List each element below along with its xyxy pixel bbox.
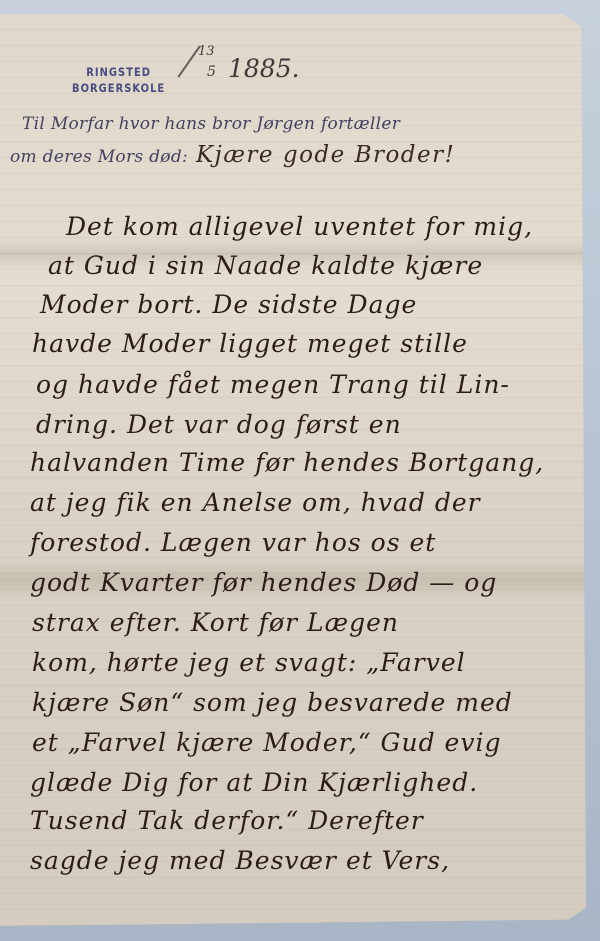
annotation-line-1: Til Morfar hvor hans bror Jørgen fortæll… — [22, 114, 400, 134]
body-line-11: strax efter. Kort før Lægen — [32, 608, 399, 637]
body-line-5: og havde fået megen Trang til Lin- — [36, 370, 510, 399]
body-line-14: et „Farvel kjære Moder,“ Gud evig — [32, 728, 501, 757]
body-line-1: Det kom alligevel uventet for mig, — [66, 212, 533, 241]
date-month: 5 — [207, 64, 216, 80]
body-line-9: forestod. Lægen var hos os et — [30, 528, 436, 557]
body-line-8: at jeg fik en Anelse om, hvad der — [30, 488, 481, 517]
body-line-13: kjære Søn“ som jeg besvarede med — [32, 688, 513, 717]
body-line-4: havde Moder ligget meget stille — [32, 329, 468, 358]
body-line-6: dring. Det var dog først en — [36, 410, 402, 439]
stamp-line-2: BORGERSKOLE — [72, 80, 165, 96]
body-line-10: godt Kvarter før hendes Død — og — [30, 568, 497, 597]
body-line-2: at Gud i sin Naade kaldte kjære — [48, 251, 483, 280]
body-line-7: halvanden Time før hendes Bortgang, — [30, 448, 544, 477]
date-slash — [177, 45, 200, 77]
letter-page: RINGSTED BORGERSKOLE 13 5 1885. Til Morf… — [0, 14, 586, 926]
body-line-12: kom, hørte jeg et svagt: „Farvel — [32, 648, 466, 677]
salutation: Kjære gode Broder! — [196, 142, 455, 168]
school-stamp: RINGSTED BORGERSKOLE — [72, 64, 165, 96]
date-year: 1885. — [228, 54, 300, 83]
body-line-16: Tusend Tak derfor.“ Derefter — [30, 806, 424, 835]
body-line-17: sagde jeg med Besvær et Vers, — [30, 846, 450, 875]
body-line-3: Moder bort. De sidste Dage — [40, 290, 417, 319]
stamp-line-1: RINGSTED — [72, 64, 165, 80]
annotation-line-2: om deres Mors død: — [10, 147, 188, 167]
body-line-15: glæde Dig for at Din Kjærlighed. — [30, 768, 478, 797]
